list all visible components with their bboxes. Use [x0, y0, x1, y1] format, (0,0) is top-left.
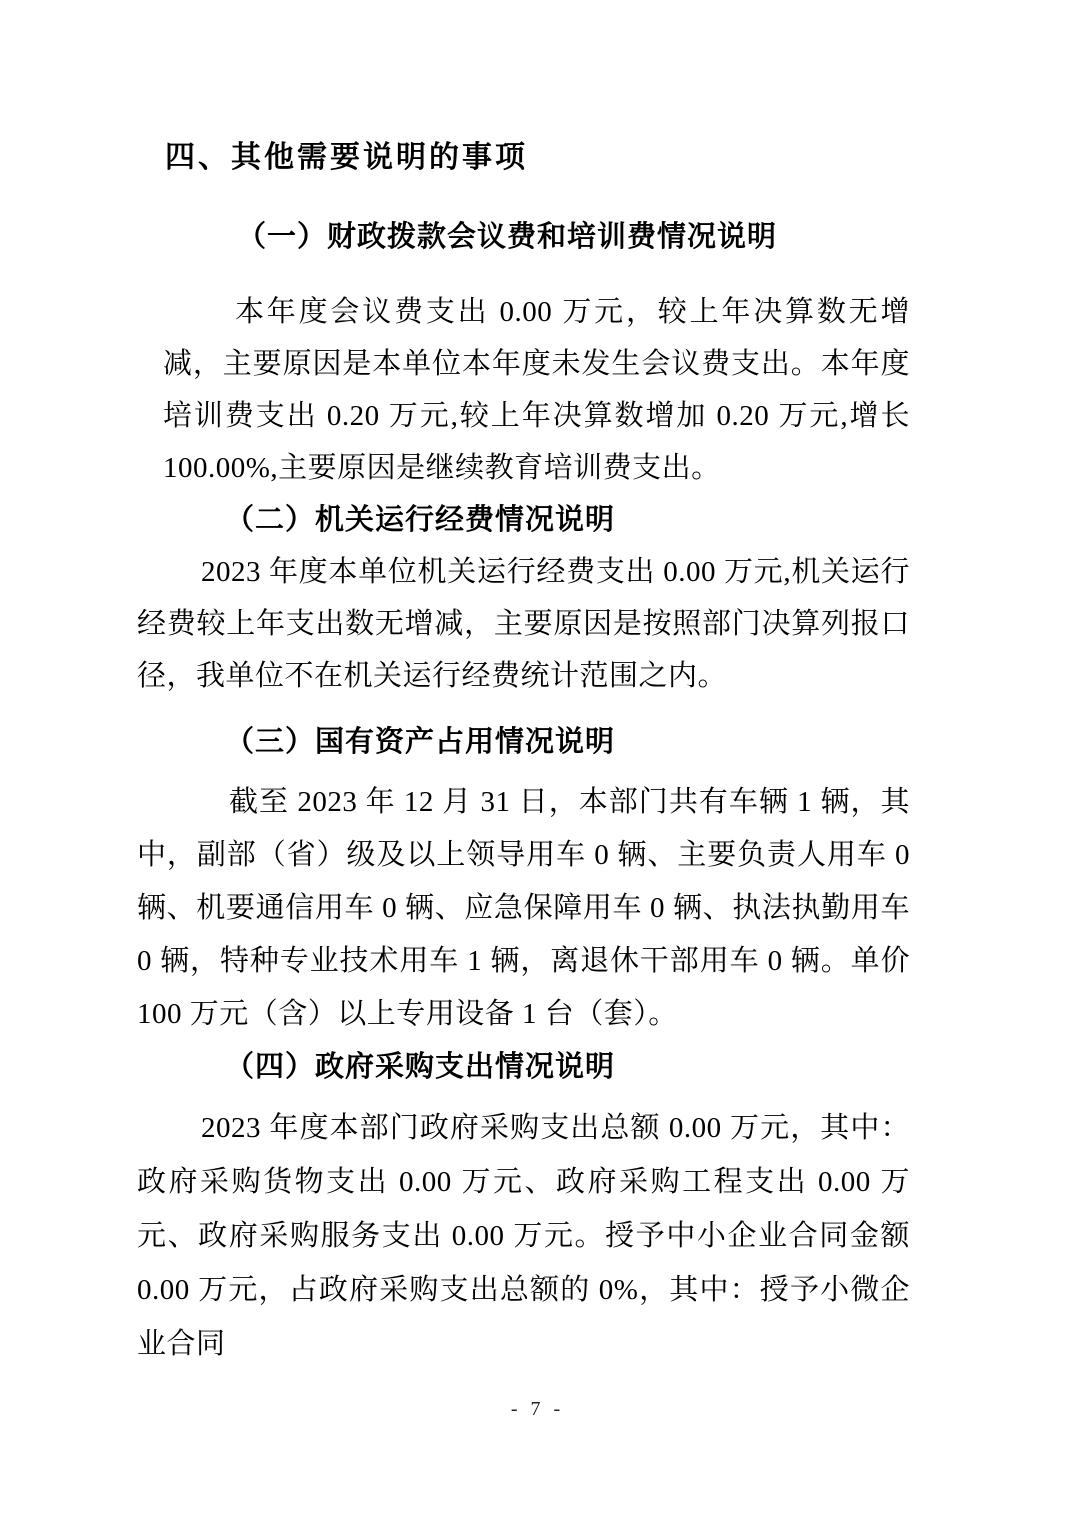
page-content: 四、其他需要说明的事项 （一）财政拨款会议费和培训费情况说明 本年度会议费支出 … — [137, 0, 910, 1371]
section-4-heading: （四）政府采购支出情况说明 — [137, 1041, 910, 1093]
section-2-body: 2023 年度本单位机关运行经费支出 0.00 万元,机关运行经费较上年支出数无… — [137, 546, 910, 702]
section-2-heading: （二）机关运行经费情况说明 — [137, 494, 910, 546]
document-title: 四、其他需要说明的事项 — [137, 138, 910, 178]
section-3: （三）国有资产占用情况说明 截至 2023 年 12 月 31 日，本部门共有车… — [137, 716, 910, 1041]
section-1-body: 本年度会议费支出 0.00 万元，较上年决算数无增减，主要原因是本单位本年度未发… — [137, 286, 910, 494]
section-4: （四）政府采购支出情况说明 2023 年度本部门政府采购支出总额 0.00 万元… — [137, 1041, 910, 1371]
section-1: （一）财政拨款会议费和培训费情况说明 本年度会议费支出 0.00 万元，较上年决… — [137, 211, 910, 494]
section-3-body: 截至 2023 年 12 月 31 日，本部门共有车辆 1 辆，其中，副部（省）… — [137, 776, 910, 1041]
section-1-heading: （一）财政拨款会议费和培训费情况说明 — [137, 211, 910, 263]
page-number: - 7 - — [0, 1398, 1075, 1421]
section-4-body: 2023 年度本部门政府采购支出总额 0.00 万元，其中：政府采购货物支出 0… — [137, 1101, 910, 1371]
section-2: （二）机关运行经费情况说明 2023 年度本单位机关运行经费支出 0.00 万元… — [137, 494, 910, 702]
document-page: 四、其他需要说明的事项 （一）财政拨款会议费和培训费情况说明 本年度会议费支出 … — [0, 0, 1075, 1520]
section-3-heading: （三）国有资产占用情况说明 — [137, 716, 910, 768]
